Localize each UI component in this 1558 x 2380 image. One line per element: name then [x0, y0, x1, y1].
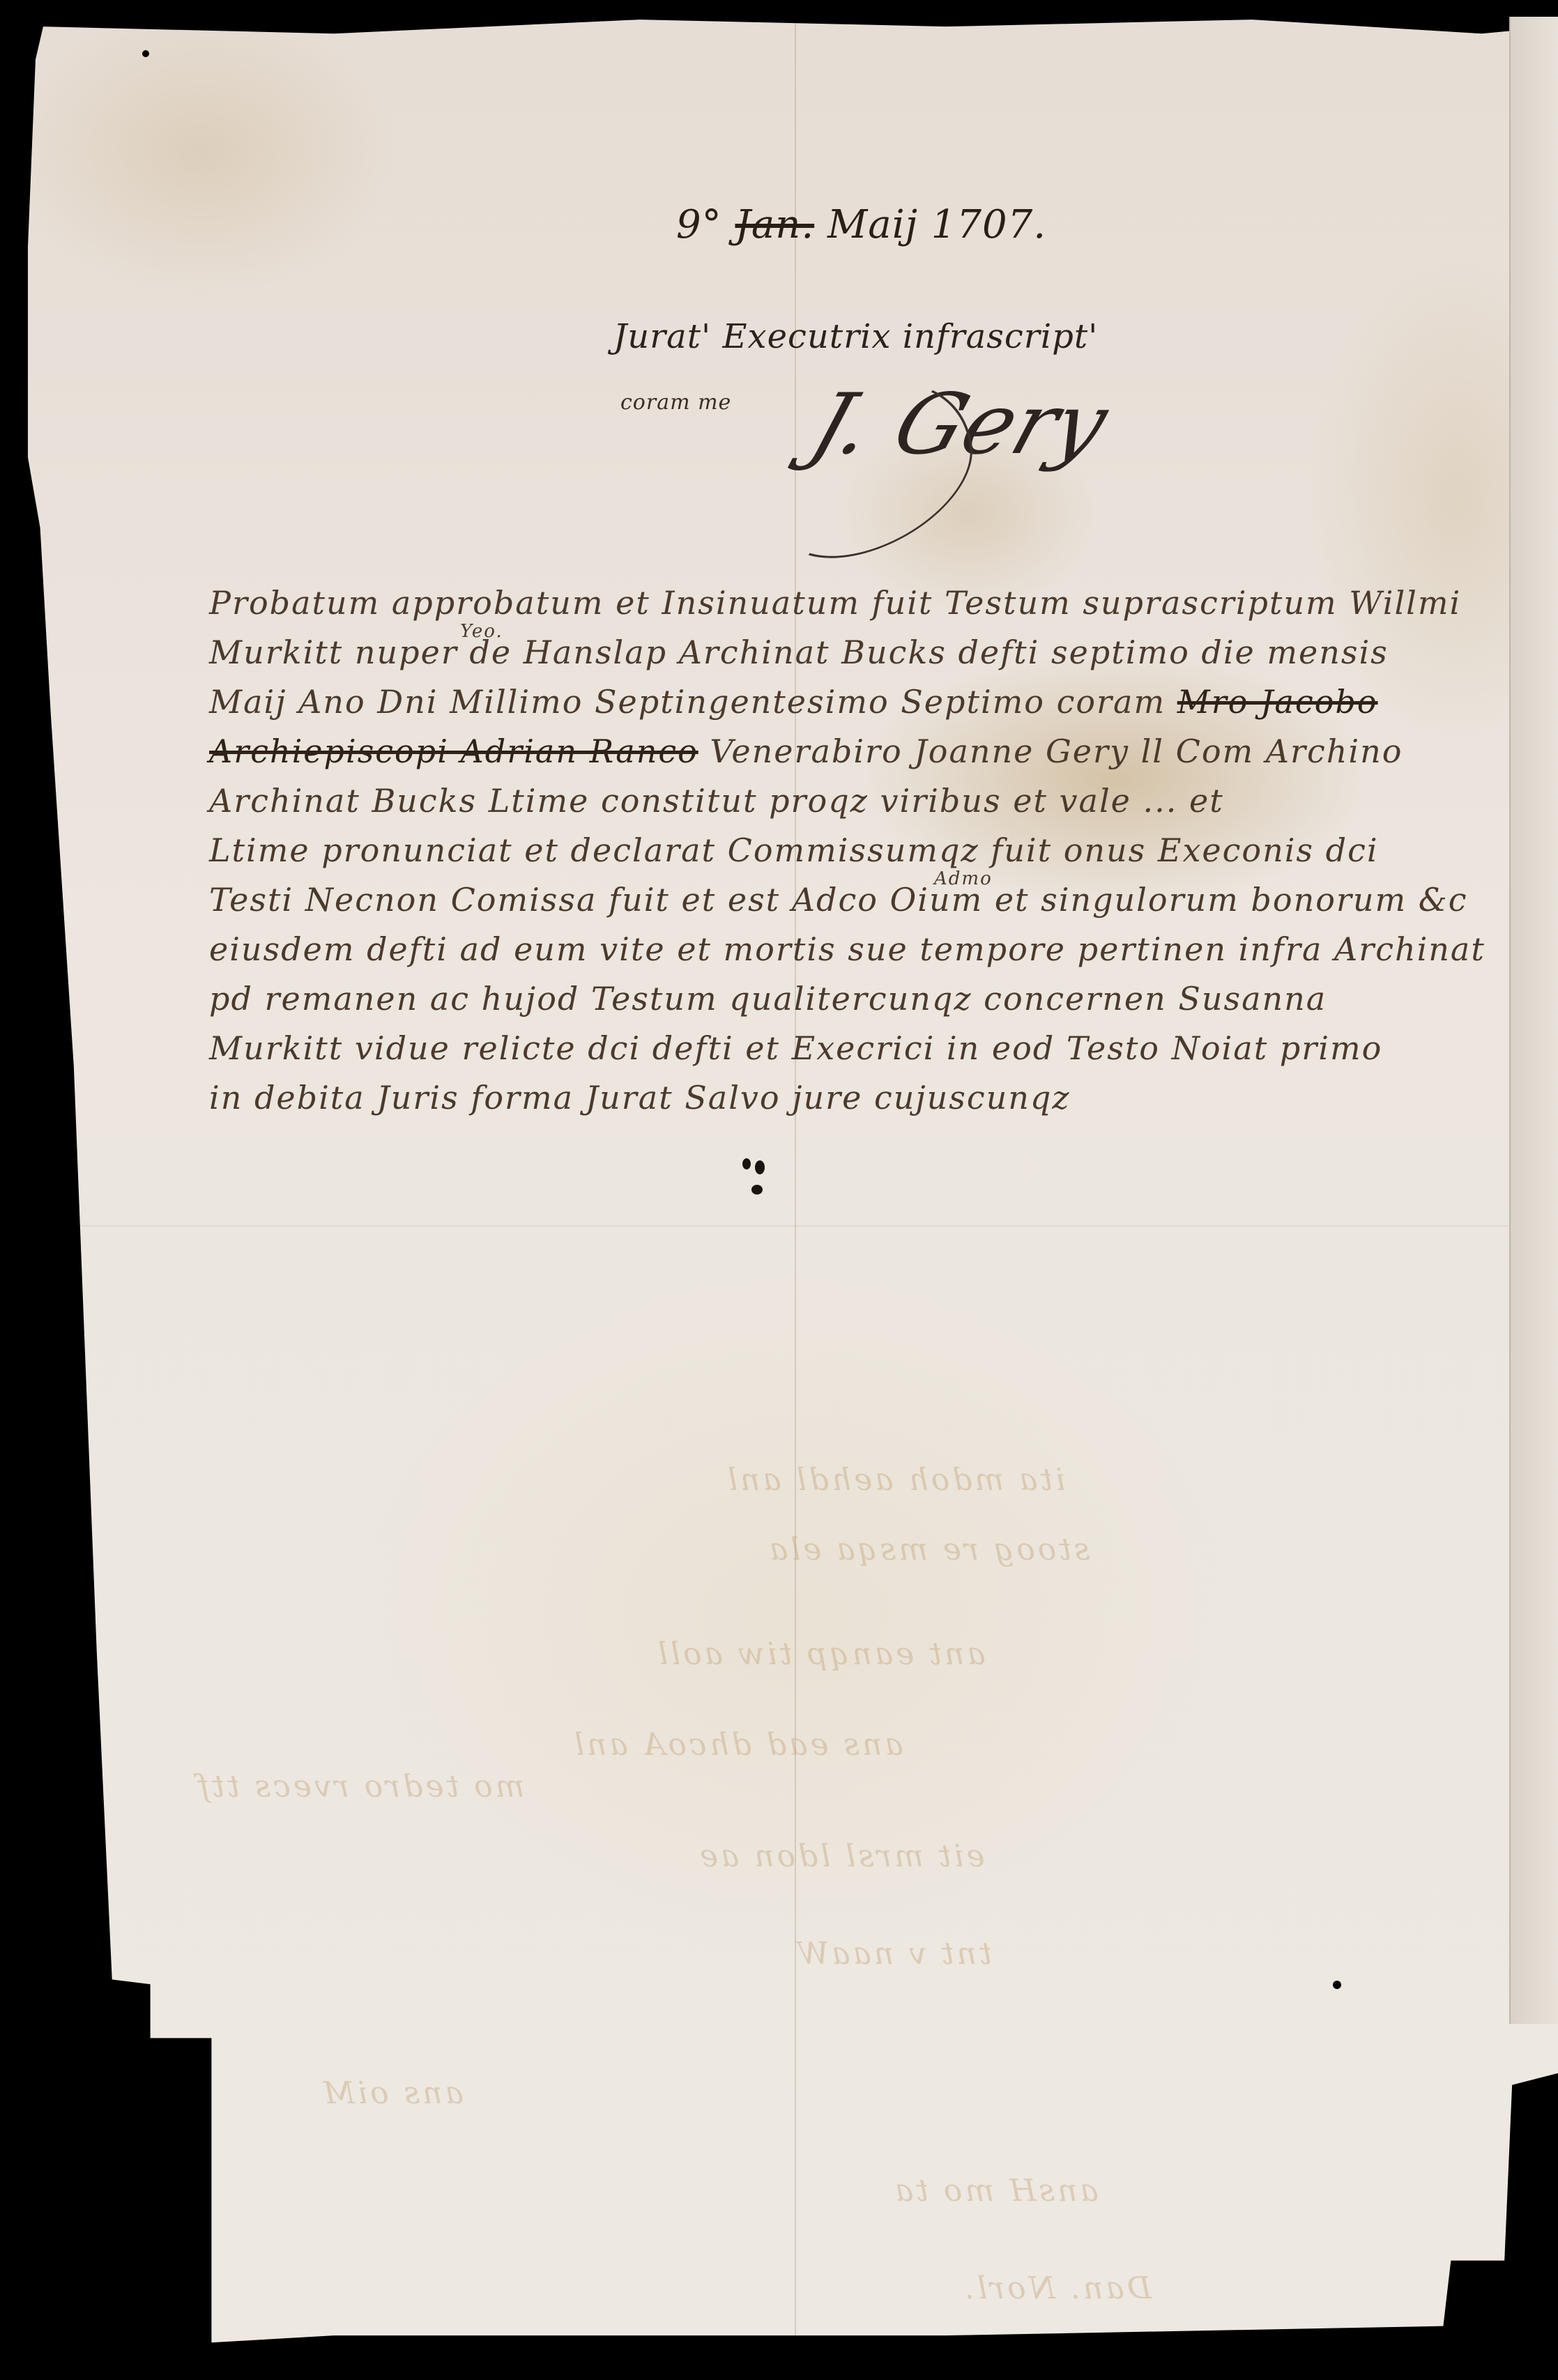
signature: J. Gery [800, 376, 1120, 473]
probate-body: Probatum approbatum et Insinuatum fuit T… [209, 578, 1499, 1123]
struck-text: Archiepiscopi Adrian Ranco [209, 732, 698, 770]
fold-line-vertical [795, 13, 796, 2354]
date-line: 9° Jan. Maij 1707. [676, 202, 1046, 247]
body-line-6: Ltime pronunciat et declarat Commissumqz… [209, 826, 1499, 875]
bleed-through-text: ant eanqp tiw aoll [655, 1636, 985, 1672]
body-line-10: Murkitt vidue relicte dci defti et Execr… [209, 1024, 1499, 1073]
paper-hole [142, 50, 149, 57]
date-prefix: 9° [676, 202, 722, 247]
bleed-through-text: stoog re msqa ela [767, 1532, 1090, 1567]
body-line-5: Archinat Bucks Ltime constitut proqz vir… [209, 776, 1499, 826]
body-line-1: Probatum approbatum et Insinuatum fuit T… [209, 578, 1499, 628]
bleed-through-text: eit mrsl ldon ae [697, 1838, 985, 1874]
body-line-7: Admo Testi Necnon Comissa fuit et est Ad… [209, 875, 1499, 925]
body-line-3: Maij Ano Dni Millimo Septingentesimo Sep… [209, 677, 1499, 727]
interlinear-note: Admo [934, 854, 993, 904]
ink-blot [742, 1158, 751, 1169]
bleed-through-text: mo tedro rvecs ttf [195, 1769, 524, 1804]
body-line-8: eiusdem defti ad eum vite et mortis sue … [209, 925, 1499, 974]
date-struck-word: Jan. [735, 202, 814, 247]
bleed-through-signature: Dan. Norl. [962, 2271, 1152, 2306]
date-rest: Maij 1707. [827, 202, 1046, 247]
body-line-9: pd remanen ac hujod Testum qualitercunqz… [209, 974, 1499, 1024]
bleed-through-text: ans ead dhcoA anl [572, 1727, 903, 1763]
body-line-4: Archiepiscopi Adrian Ranco Venerabiro Jo… [209, 727, 1499, 776]
coram-line: coram me [620, 390, 731, 415]
body-line-11: in debita Juris forma Jurat Salvo jure c… [209, 1073, 1499, 1123]
oath-line: Jurat' Executrix infrascript' [613, 317, 1098, 356]
bleed-through-text: tnt v naaW [795, 1936, 992, 1972]
bleed-through-text: ansH mo ta [892, 2173, 1099, 2209]
ink-blot [755, 1160, 765, 1174]
bleed-through-text: ans oiM [321, 2075, 464, 2111]
ink-blot [751, 1185, 763, 1195]
interlinear-note: Yeo. [460, 607, 503, 657]
struck-text: Mro Jacobo [1177, 683, 1378, 721]
adjacent-page-edge [1509, 17, 1558, 2024]
paper-hole [1333, 1981, 1341, 1989]
bleed-through-text: ita mdoh aehdl anl [725, 1462, 1065, 1498]
fold-line-horizontal [28, 1225, 1558, 1227]
document-page: ita mdoh aehdl anl stoog re msqa ela ant… [28, 13, 1558, 2354]
body-line-2: Yeo. Murkitt nuper de Hanslap Archinat B… [209, 628, 1499, 677]
